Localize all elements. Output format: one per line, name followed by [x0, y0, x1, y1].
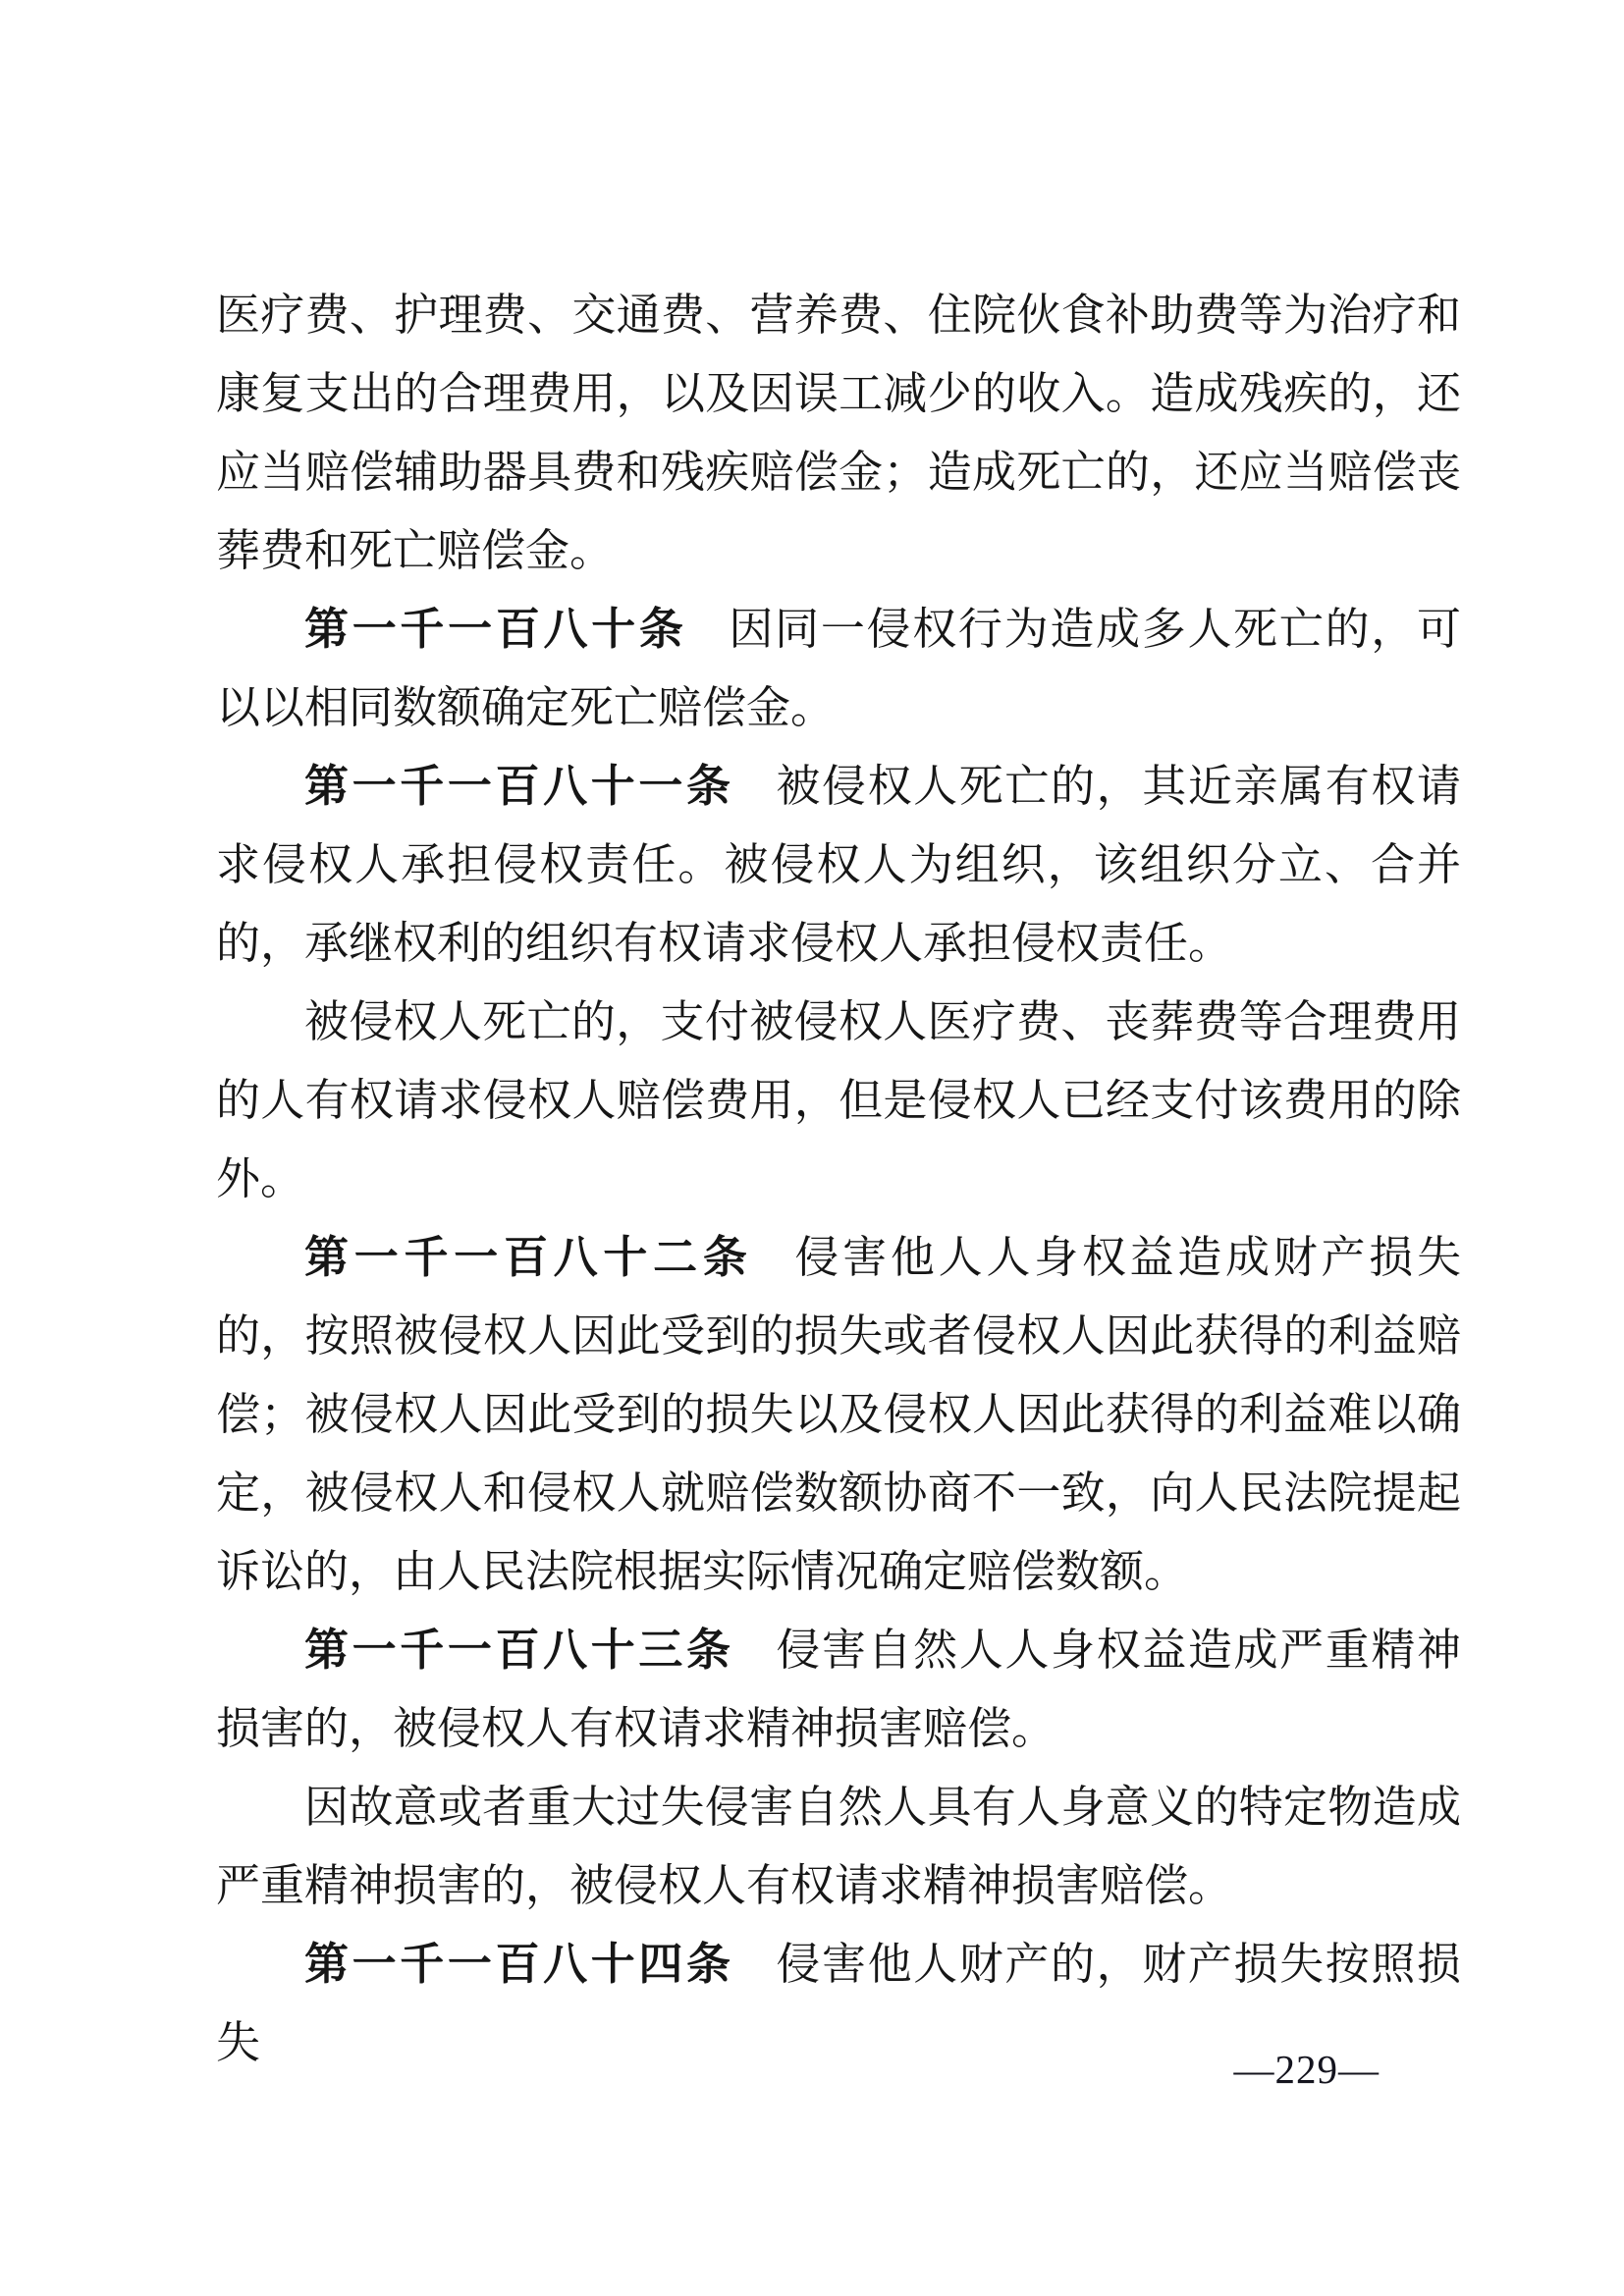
paragraph: 第一千一百八十三条侵害自然人人身权益造成严重精神损害的，被侵权人有权请求精神损害…: [216, 1611, 1461, 1768]
article-number-label: 第一千一百八十三条: [304, 1625, 734, 1675]
paragraph: 因故意或者重大过失侵害自然人具有人身意义的特定物造成严重精神损害的，被侵权人有权…: [216, 1768, 1461, 1925]
article-number-label: 第一千一百八十条: [304, 604, 687, 654]
paragraph-text: 被侵权人死亡的，支付被侵权人医疗费、丧葬费等合理费用的人有权请求侵权人赔偿费用，…: [216, 997, 1461, 1203]
paragraph-text: 侵害他人人身权益造成财产损失的，按照被侵权人因此受到的损失或者侵权人因此获得的利…: [216, 1233, 1461, 1596]
paragraph: 第一千一百八十一条被侵权人死亡的，其近亲属有权请求侵权人承担侵权责任。被侵权人为…: [216, 747, 1461, 983]
document-text-block: 医疗费、护理费、交通费、营养费、住院伙食补助费等为治疗和康复支出的合理费用，以及…: [216, 276, 1461, 2082]
article-number-label: 第一千一百八十一条: [304, 761, 734, 811]
paragraph: 被侵权人死亡的，支付被侵权人医疗费、丧葬费等合理费用的人有权请求侵权人赔偿费用，…: [216, 983, 1461, 1218]
paragraph: 医疗费、护理费、交通费、营养费、住院伙食补助费等为治疗和康复支出的合理费用，以及…: [216, 276, 1461, 590]
paragraph-text: 医疗费、护理费、交通费、营养费、住院伙食补助费等为治疗和康复支出的合理费用，以及…: [216, 291, 1461, 575]
paragraph-text: 因故意或者重大过失侵害自然人具有人身意义的特定物造成严重精神损害的，被侵权人有权…: [216, 1783, 1461, 1910]
article-number-label: 第一千一百八十四条: [304, 1939, 734, 1989]
paragraph: 第一千一百八十二条侵害他人人身权益造成财产损失的，按照被侵权人因此受到的损失或者…: [216, 1218, 1461, 1611]
article-number-label: 第一千一百八十二条: [304, 1232, 753, 1282]
page-number: —229—: [1234, 2045, 1380, 2094]
paragraph: 第一千一百八十条因同一侵权行为造成多人死亡的，可以以相同数额确定死亡赔偿金。: [216, 590, 1461, 747]
document-page: 医疗费、护理费、交通费、营养费、住院伙食补助费等为治疗和康复支出的合理费用，以及…: [0, 0, 1624, 2296]
